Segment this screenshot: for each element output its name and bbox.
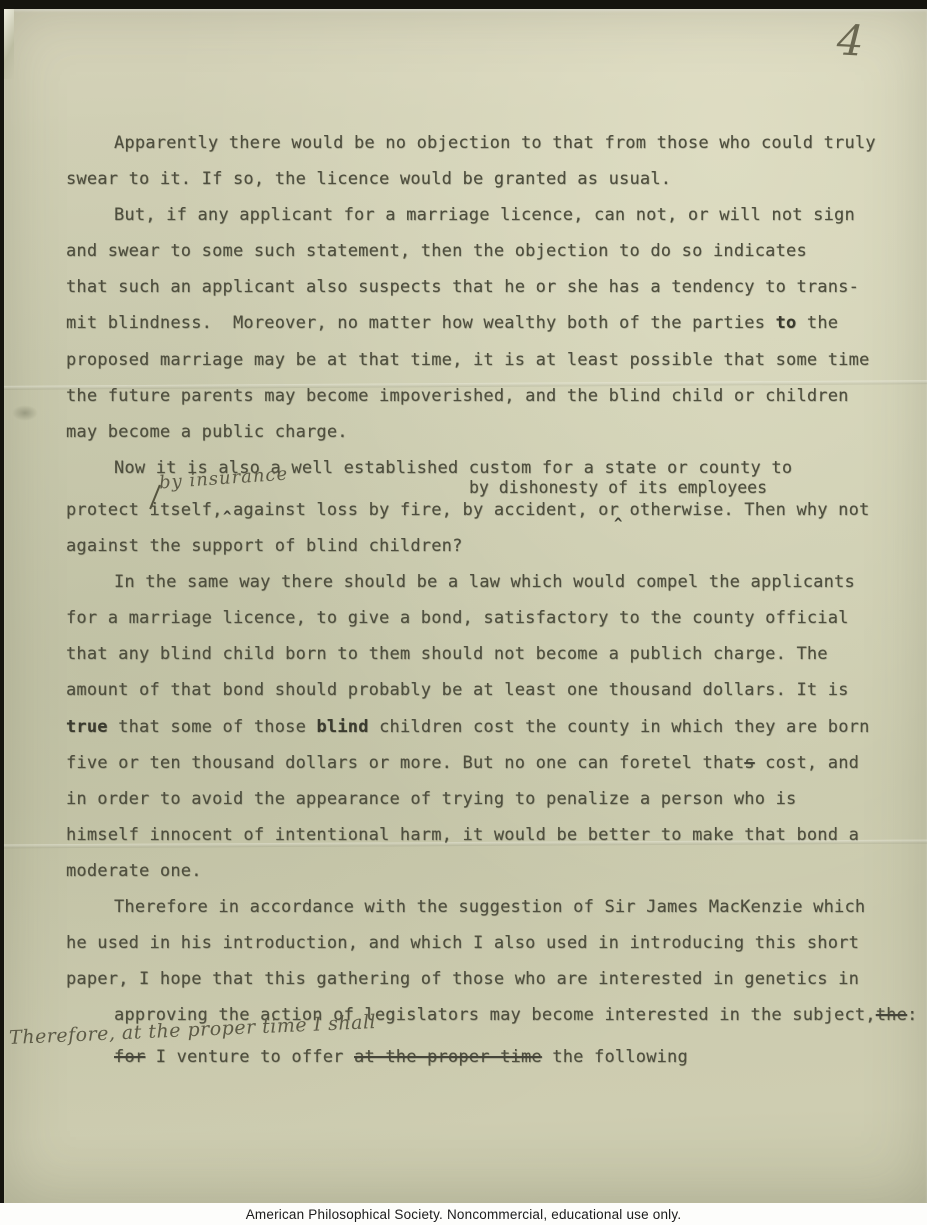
typed-text-block: Apparently there would be no objection t… — [66, 125, 919, 1075]
typed-line: Apparently there would be no objection t… — [66, 125, 919, 161]
typed-line: In the same way there should be a law wh… — [66, 564, 919, 600]
typed-text: amount of that bond should probably be a… — [66, 680, 849, 700]
typed-line: he used in his introduction, and which I… — [66, 925, 919, 961]
typed-text: moderate one. — [66, 861, 202, 881]
typed-text: protect itself, against loss by fire, by… — [66, 500, 869, 520]
struck-text: the — [876, 1005, 907, 1025]
typed-line: swear to it. If so, the licence would be… — [66, 161, 919, 197]
typed-text: I venture to offer — [145, 1047, 354, 1067]
typed-text: and swear to some such statement, then t… — [66, 241, 807, 261]
attribution-text: American Philosophical Society. Noncomme… — [246, 1207, 682, 1222]
typed-line: against the support of blind children? — [66, 528, 919, 564]
typed-line: for I venture to offer at the proper tim… — [66, 1039, 919, 1075]
typed-text: Apparently there would be no objection t… — [114, 133, 876, 153]
typed-line: the future parents may become impoverish… — [66, 378, 919, 414]
typed-text: mit blindness. Moreover, no matter how w… — [66, 313, 776, 333]
typed-text: In the same way there should be a law wh… — [114, 572, 855, 592]
typed-line: amount of that bond should probably be a… — [66, 672, 919, 708]
struck-text: for — [114, 1047, 145, 1067]
typed-text: swear to it. If so, the licence would be… — [66, 169, 671, 189]
document-page: 4 Apparently there would be no objection… — [4, 9, 927, 1203]
typed-text: true — [66, 717, 108, 737]
insertion-caret: ^ — [223, 509, 231, 525]
typed-text: Therefore in accordance with the suggest… — [114, 897, 865, 917]
ink-smudge — [12, 405, 38, 421]
typed-line: five or ten thousand dollars or more. Bu… — [66, 745, 919, 781]
typed-text: proposed marriage may be at that time, i… — [66, 350, 869, 370]
typed-text: against the support of blind children? — [66, 536, 463, 556]
typed-text: paper, I hope that this gathering of tho… — [66, 969, 859, 989]
typed-line: But, if any applicant for a marriage lic… — [66, 197, 919, 233]
scanned-document: 4 Apparently there would be no objection… — [0, 0, 927, 1225]
typed-interline-insert: by dishonesty of its employees — [469, 478, 767, 497]
typed-line: mit blindness. Moreover, no matter how w… — [66, 305, 919, 341]
typed-line: protect itself, against loss by fire, by… — [66, 492, 919, 528]
insertion-caret: ^ — [614, 516, 622, 532]
typed-text: blind — [316, 717, 368, 737]
typed-line: moderate one. — [66, 853, 919, 889]
typed-text: himself innocent of intentional harm, it… — [66, 825, 859, 845]
typed-text: five or ten thousand dollars or more. Bu… — [66, 753, 744, 773]
typed-text: cost, and — [755, 753, 859, 773]
page-number: 4 — [836, 15, 865, 65]
typed-text: the following — [542, 1047, 688, 1067]
typed-text: But, if any applicant for a marriage lic… — [114, 205, 855, 225]
typed-line: paper, I hope that this gathering of tho… — [66, 961, 919, 997]
typed-line: that any blind child born to them should… — [66, 636, 919, 672]
typed-line: in order to avoid the appearance of tryi… — [66, 781, 919, 817]
typed-line: may become a public charge. — [66, 414, 919, 450]
typed-line: himself innocent of intentional harm, it… — [66, 817, 919, 853]
typed-text: to — [776, 313, 797, 333]
typed-text: the — [796, 313, 838, 333]
typed-text: he used in his introduction, and which I… — [66, 933, 859, 953]
struck-text: s — [744, 753, 754, 773]
typed-line: for a marriage licence, to give a bond, … — [66, 600, 919, 636]
typed-text: the future parents may become impoverish… — [66, 386, 849, 406]
paper-corner-wear — [4, 9, 14, 79]
typed-text: that such an applicant also suspects tha… — [66, 277, 859, 297]
typed-text: in order to avoid the appearance of tryi… — [66, 789, 796, 809]
typed-text: that any blind child born to them should… — [66, 644, 828, 664]
typed-line: proposed marriage may be at that time, i… — [66, 342, 919, 378]
typed-text: : — [907, 1005, 917, 1025]
typed-line: Therefore in accordance with the suggest… — [66, 889, 919, 925]
typed-text: for a marriage licence, to give a bond, … — [66, 608, 849, 628]
typed-text: children cost the county in which they a… — [369, 717, 870, 737]
typed-line: that such an applicant also suspects tha… — [66, 269, 919, 305]
typed-text: may become a public charge. — [66, 422, 348, 442]
typed-line: and swear to some such statement, then t… — [66, 233, 919, 269]
typed-line: true that some of those blind children c… — [66, 709, 919, 745]
typed-text: that some of those — [108, 717, 317, 737]
struck-text: at the proper time — [354, 1047, 542, 1067]
scan-footer-bar: American Philosophical Society. Noncomme… — [0, 1203, 927, 1225]
